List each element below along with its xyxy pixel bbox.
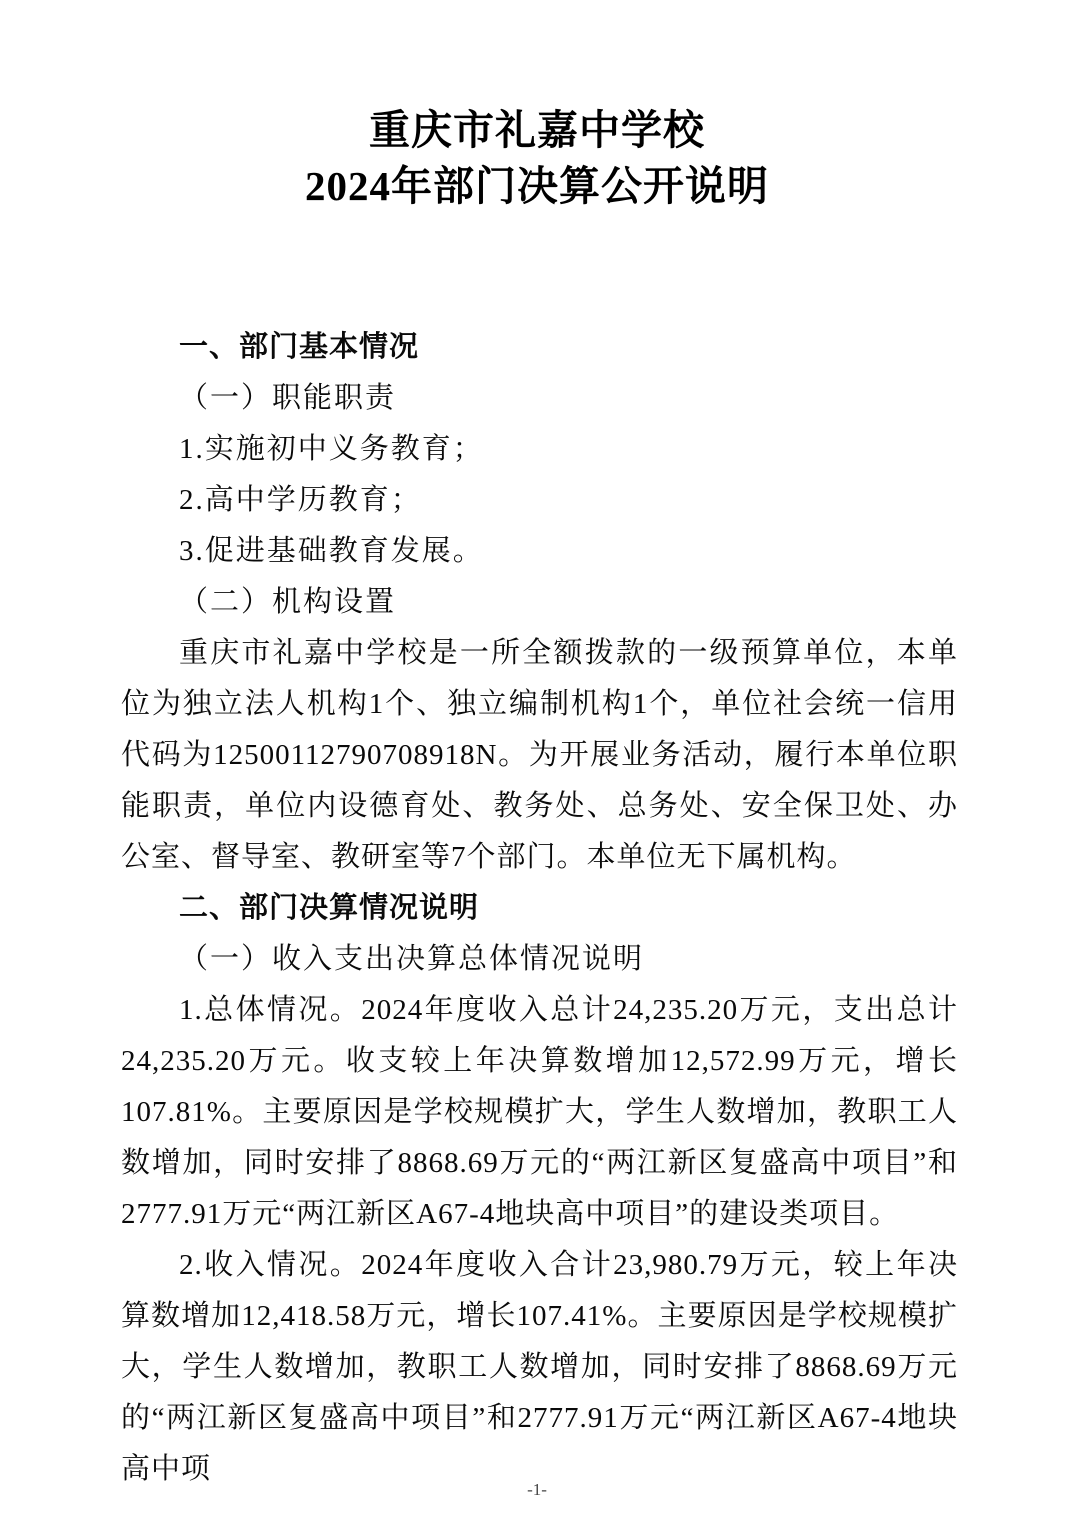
subsection-heading: （一）职能职责: [121, 373, 958, 424]
document-title: 重庆市礼嘉中学校 2024年部门决算公开说明: [0, 0, 1074, 214]
subsection-heading: （一）收入支出决算总体情况说明: [121, 934, 958, 985]
document-page: 重庆市礼嘉中学校 2024年部门决算公开说明 一、部门基本情况（一）职能职责1.…: [0, 0, 1074, 1520]
section-heading: 二、部门决算情况说明: [121, 883, 958, 934]
list-item: 2.高中学历教育；: [121, 475, 958, 526]
page-number: -1-: [0, 1480, 1074, 1500]
document-title-line2: 2024年部门决算公开说明: [0, 158, 1074, 214]
section-heading: 一、部门基本情况: [121, 322, 958, 373]
list-item: 3.促进基础教育发展。: [121, 526, 958, 577]
document-title-line1: 重庆市礼嘉中学校: [0, 102, 1074, 158]
paragraph: 2.收入情况。2024年度收入合计23,980.79万元，较上年决算数增加12,…: [121, 1240, 958, 1495]
paragraph: 1.总体情况。2024年度收入总计24,235.20万元，支出总计24,235.…: [121, 985, 958, 1240]
list-item: 1.实施初中义务教育；: [121, 424, 958, 475]
paragraph: 重庆市礼嘉中学校是一所全额拨款的一级预算单位，本单位为独立法人机构1个、独立编制…: [121, 628, 958, 883]
subsection-heading: （二）机构设置: [121, 577, 958, 628]
document-content: 一、部门基本情况（一）职能职责1.实施初中义务教育；2.高中学历教育；3.促进基…: [121, 322, 958, 1495]
